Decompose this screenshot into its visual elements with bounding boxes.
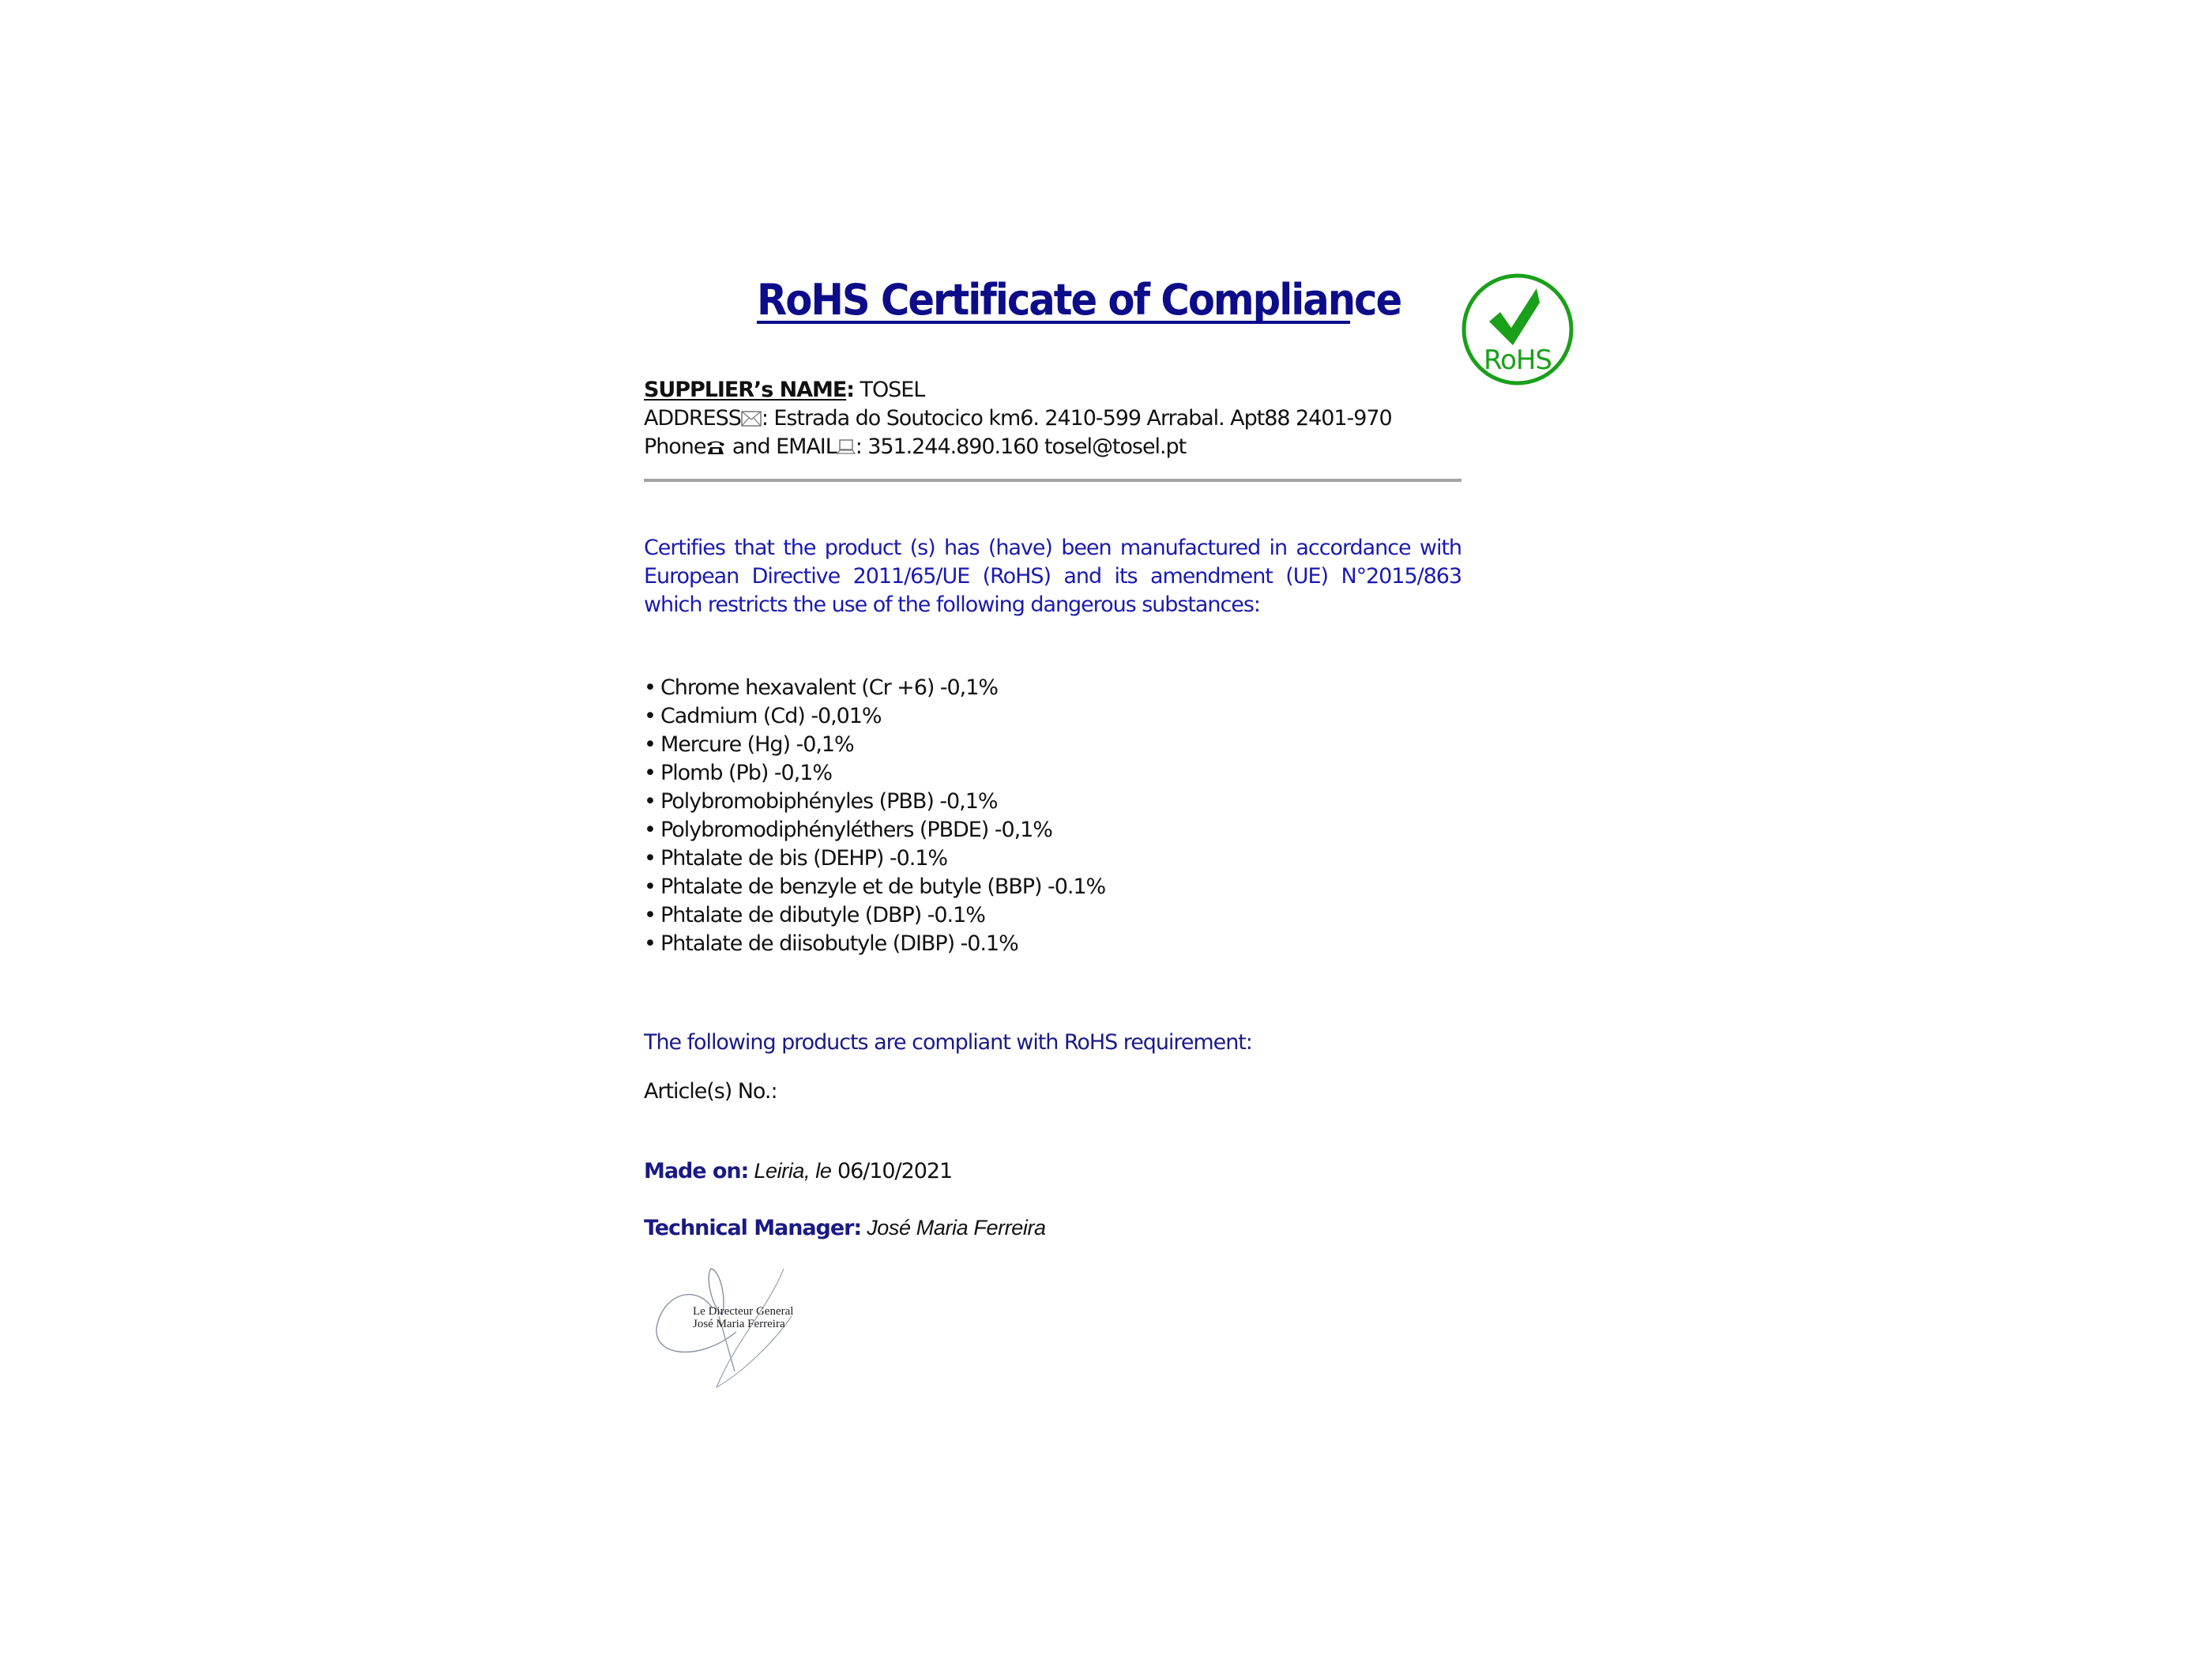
compliant-statement: The following products are compliant wit… — [644, 1029, 1252, 1057]
technical-manager-line: Technical Manager: José Maria Ferreira — [644, 1213, 1046, 1243]
bullet-icon: • — [644, 731, 660, 759]
technical-manager-label: Technical Manager: — [644, 1216, 861, 1240]
substance-item: •Phtalate de bis (DEHP) -0.1% — [644, 845, 1105, 873]
substance-item: •Mercure (Hg) -0,1% — [644, 731, 1105, 759]
document-title: RoHS Certificate of Compliance — [757, 276, 1401, 324]
substance-text: Chrome hexavalent (Cr +6) -0,1% — [660, 675, 998, 700]
email-label: and EMAIL — [726, 434, 836, 459]
bullet-icon: • — [644, 930, 660, 958]
signature-stamp: Le Directeur General José Maria Ferreira — [693, 1305, 793, 1330]
section-divider — [644, 479, 1461, 482]
made-on-line: Made on: Leiria, le 06/10/2021 — [644, 1157, 952, 1186]
envelope-icon — [741, 410, 762, 427]
substance-text: Polybromobiphényles (PBB) -0,1% — [660, 789, 997, 814]
articles-label: Article(s) No.: — [644, 1078, 777, 1106]
title-underline — [757, 321, 1350, 324]
bullet-icon: • — [644, 873, 660, 901]
substance-item: •Chrome hexavalent (Cr +6) -0,1% — [644, 674, 1105, 702]
substance-item: •Phtalate de dibutyle (DBP) -0.1% — [644, 901, 1105, 930]
technical-manager-name: José Maria Ferreira — [861, 1216, 1046, 1240]
bullet-icon: • — [644, 674, 660, 702]
stamp-line-1: Le Directeur General — [693, 1305, 793, 1318]
substance-item: •Plomb (Pb) -0,1% — [644, 759, 1105, 788]
bullet-icon: • — [644, 788, 660, 816]
substance-item: •Cadmium (Cd) -0,01% — [644, 702, 1105, 731]
substance-text: Mercure (Hg) -0,1% — [660, 732, 854, 757]
substance-item: •Phtalate de benzyle et de butyle (BBP) … — [644, 873, 1105, 901]
made-on-label: Made on: — [644, 1159, 748, 1183]
substance-text: Plomb (Pb) -0,1% — [660, 761, 832, 785]
substance-text: Cadmium (Cd) -0,01% — [660, 704, 882, 728]
badge-label: RoHS — [1484, 344, 1552, 376]
bullet-icon: • — [644, 901, 660, 930]
bullet-icon: • — [644, 759, 660, 788]
made-on-place: Leiria, le — [748, 1159, 831, 1183]
supplier-name-colon: : — [846, 378, 854, 402]
supplier-name-value: TOSEL — [854, 378, 924, 402]
substance-text: Phtalate de bis (DEHP) -0.1% — [660, 846, 947, 871]
made-on-date: 06/10/2021 — [831, 1159, 952, 1183]
telephone-icon — [705, 438, 726, 456]
substance-item: •Polybromodiphényléthers (PBDE) -0,1% — [644, 816, 1105, 845]
contact-line: Phone and EMAIL: 351.244.890.160 tosel@t… — [644, 433, 1186, 461]
address-line: ADDRESS: Estrada do Soutocico km6. 2410-… — [644, 404, 1392, 433]
address-label: ADDRESS — [644, 406, 741, 431]
substance-text: Phtalate de benzyle et de butyle (BBP) -… — [660, 875, 1105, 899]
certifies-paragraph: Certifies that the product (s) has (have… — [644, 534, 1461, 619]
substance-item: •Phtalate de diisobutyle (DIBP) -0.1% — [644, 930, 1105, 958]
substances-list: •Chrome hexavalent (Cr +6) -0,1%•Cadmium… — [644, 674, 1105, 958]
bullet-icon: • — [644, 816, 660, 845]
bullet-icon: • — [644, 845, 660, 873]
stamp-line-2: José Maria Ferreira — [693, 1318, 793, 1330]
substance-text: Polybromodiphényléthers (PBDE) -0,1% — [660, 818, 1052, 842]
bullet-icon: • — [644, 702, 660, 731]
phone-label: Phone — [644, 434, 705, 459]
supplier-name-line: SUPPLIER’s NAME: TOSEL — [644, 376, 924, 404]
substance-text: Phtalate de diisobutyle (DIBP) -0.1% — [660, 931, 1018, 956]
contact-value: : 351.244.890.160 tosel@tosel.pt — [856, 434, 1186, 459]
substance-item: •Polybromobiphényles (PBB) -0,1% — [644, 788, 1105, 816]
address-value: : Estrada do Soutocico km6. 2410-599 Arr… — [762, 406, 1392, 431]
laptop-icon — [837, 438, 856, 456]
substance-text: Phtalate de dibutyle (DBP) -0.1% — [660, 903, 985, 927]
rohs-check-icon: RoHS — [1461, 273, 1574, 386]
supplier-name-label: SUPPLIER’s NAME — [644, 378, 846, 402]
